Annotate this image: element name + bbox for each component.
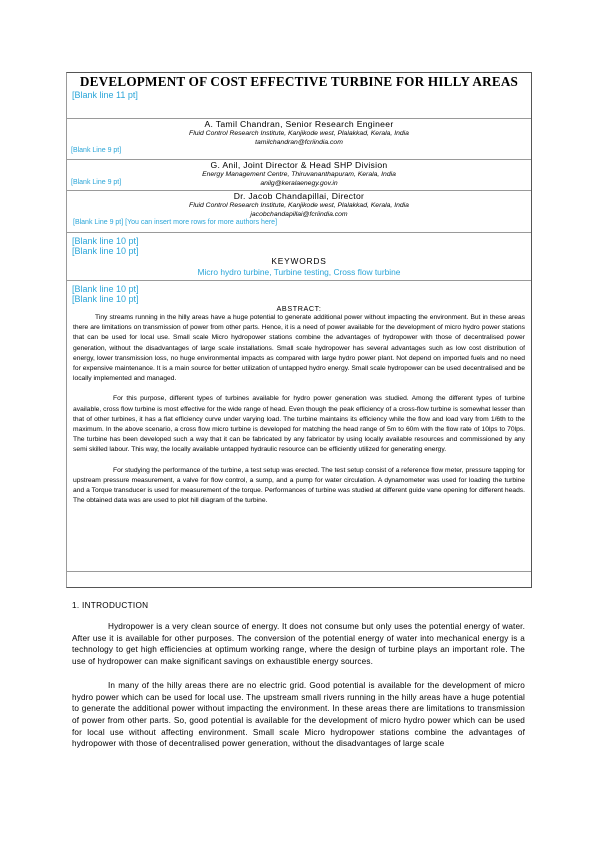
author-name: Dr. Jacob Chandapillai, Director [67, 191, 531, 201]
title-block-table: DEVELOPMENT OF COST EFFECTIVE TURBINE FO… [66, 72, 532, 588]
blank-line-placeholder: [Blank Line 9 pt] [67, 147, 531, 155]
keywords-list: Micro hydro turbine, Turbine testing, Cr… [67, 267, 531, 278]
blank-line-placeholder: [Blank line 10 pt] [67, 236, 531, 246]
abstract-paragraph: For studying the performance of the turb… [73, 466, 525, 507]
author-cell-1: A. Tamil Chandran, Senior Research Engin… [67, 119, 531, 160]
blank-line-placeholder: [Blank Line 9 pt] [You can insert more r… [67, 219, 531, 227]
author-name: A. Tamil Chandran, Senior Research Engin… [67, 119, 531, 129]
author-name: G. Anil, Joint Director & Head SHP Divis… [67, 160, 531, 170]
body-paragraph: In many of the hilly areas there are no … [72, 680, 525, 750]
blank-line-placeholder: [Blank line 10 pt] [67, 246, 531, 256]
author-affiliation: Fluid Control Research Institute, Kanjik… [67, 201, 531, 210]
abstract-heading: ABSTRACT: [67, 304, 531, 313]
blank-line-placeholder: [Blank line 10 pt] [67, 294, 531, 304]
title-cell: DEVELOPMENT OF COST EFFECTIVE TURBINE FO… [67, 73, 531, 119]
blank-line-placeholder: [Blank line 10 pt] [67, 284, 531, 294]
keywords-heading: KEYWORDS [67, 256, 531, 267]
body-paragraph: Hydropower is a very clean source of ene… [72, 621, 525, 668]
blank-line-placeholder: [Blank Line 9 pt] [67, 179, 121, 187]
abstract-paragraph: For this purpose, different types of tur… [73, 394, 525, 455]
abstract-cell: [Blank line 10 pt] [Blank line 10 pt] AB… [67, 281, 531, 572]
author-cell-3: Dr. Jacob Chandapillai, Director Fluid C… [67, 191, 531, 233]
abstract-paragraph: Tiny streams running in the hilly areas … [73, 313, 525, 384]
author-email[interactable]: anilg@keralaenegy.gov.in [67, 179, 531, 188]
section-heading: 1. INTRODUCTION [72, 601, 525, 610]
author-email[interactable]: tamilchandran@fcriindia.com [67, 138, 531, 147]
author-affiliation: Energy Management Centre, Thiruvananthap… [67, 170, 531, 179]
paper-title: DEVELOPMENT OF COST EFFECTIVE TURBINE FO… [67, 74, 531, 90]
empty-cell [67, 572, 531, 587]
keywords-cell: [Blank line 10 pt] [Blank line 10 pt] KE… [67, 233, 531, 281]
blank-line-placeholder: [Blank line 11 pt] [67, 90, 531, 100]
introduction-section: 1. INTRODUCTION Hydropower is a very cle… [72, 601, 525, 750]
author-email[interactable]: jacobchandapillai@fcriindia.com [67, 210, 531, 219]
author-cell-2: G. Anil, Joint Director & Head SHP Divis… [67, 160, 531, 191]
author-affiliation: Fluid Control Research Institute, Kanjik… [67, 129, 531, 138]
